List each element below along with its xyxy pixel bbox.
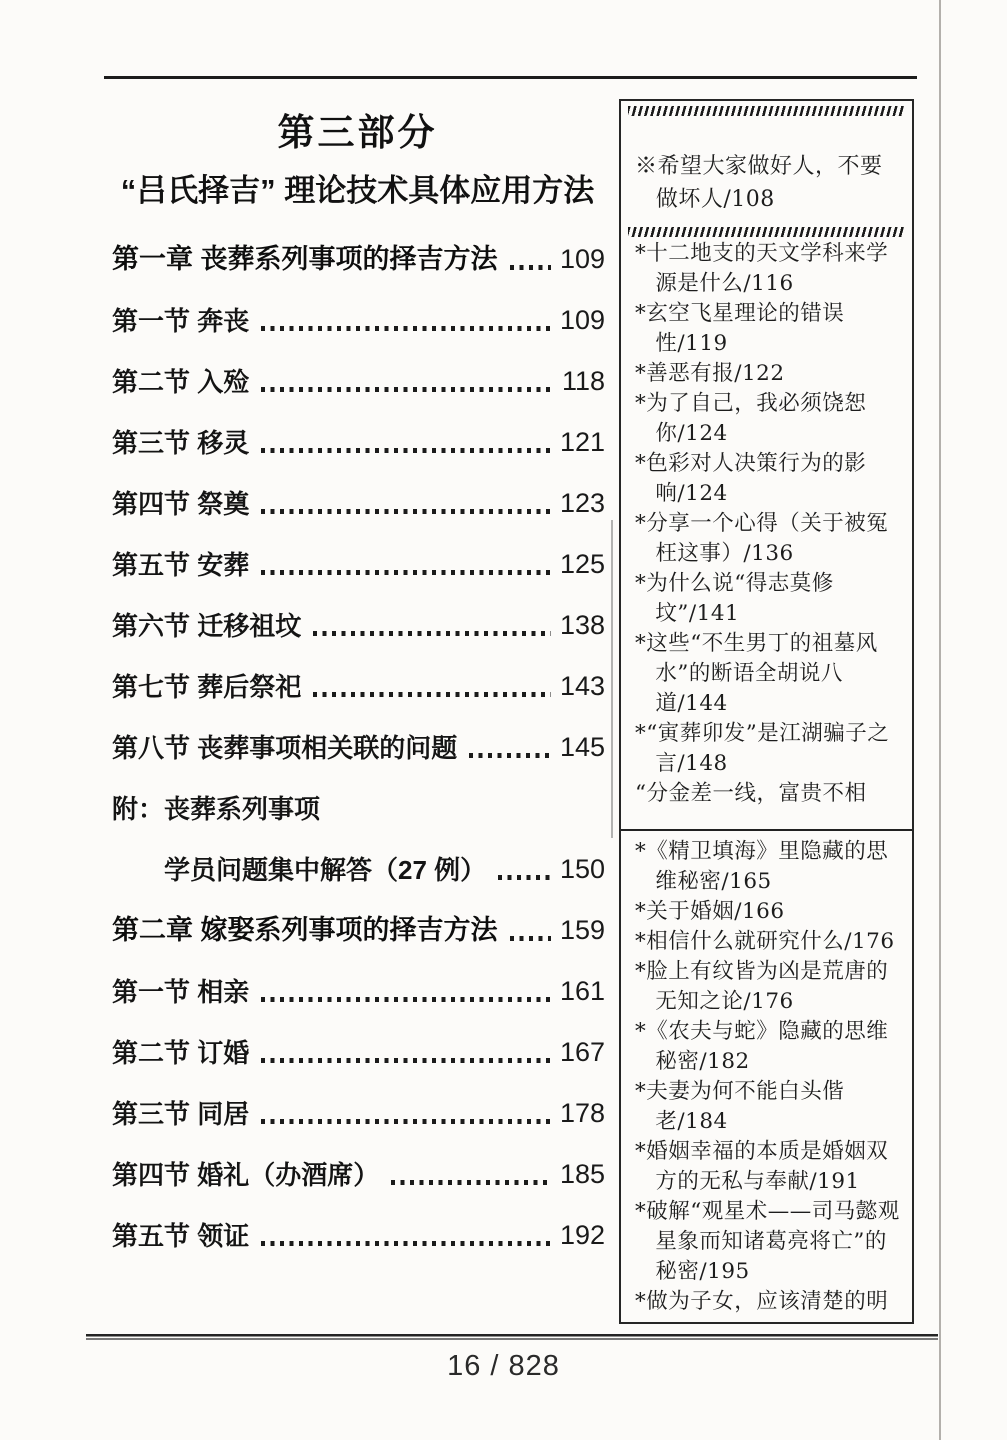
- toc-page-number: 123: [555, 490, 605, 517]
- toc-entry: 第二节 订婚 167: [112, 1036, 605, 1066]
- dot-leader: [510, 936, 551, 941]
- toc-entry-label: 第二章 嫁娶系列事项的择吉方法: [112, 917, 498, 944]
- toc-page-number: 192: [555, 1222, 605, 1249]
- toc-entry: 第一节 相亲 161: [112, 975, 605, 1005]
- dot-leader: [261, 997, 551, 1002]
- book-page: 第三部分 “吕氏择吉” 理论技术具体应用方法 第一章 丧葬系列事项的择吉方法 1…: [0, 0, 1007, 1440]
- note-item: *脸上有纹皆为凶是荒唐的无知之论/176: [635, 957, 904, 1017]
- note-item: *分享一个心得（关于被冤枉这事）/136: [635, 509, 904, 569]
- toc-entry-label: 第八节 丧葬事项相关联的问题: [112, 735, 457, 761]
- toc-entry-label: 第一章 丧葬系列事项的择吉方法: [112, 246, 498, 273]
- toc-entry: 第一章 丧葬系列事项的择吉方法 109: [112, 243, 605, 273]
- toc-page-number: 138: [555, 612, 605, 639]
- table-of-contents: 第一章 丧葬系列事项的择吉方法 109 第一节 奔丧 109 第二节 入殓 11…: [112, 243, 605, 1280]
- toc-entry-label: 第三节 移灵: [112, 430, 249, 456]
- note-item: *关于婚姻/166: [635, 897, 904, 927]
- toc-entry: 附：丧葬系列事项: [112, 792, 605, 822]
- note-item: *善恶有报/122: [635, 359, 904, 389]
- notes-group: *十二地支的天文学科来学源是什么/116 *玄空飞星理论的错误性/119 *善恶…: [635, 239, 904, 809]
- bottom-rule: [86, 1334, 938, 1340]
- note-item: *《精卫填海》里隐藏的思维秘密/165: [635, 837, 904, 897]
- toc-entry-label: 第五节 领证: [112, 1223, 249, 1249]
- toc-entry-label: 第六节 迁移祖坟: [112, 613, 301, 639]
- toc-page-number: 150: [555, 856, 605, 883]
- dot-leader: [510, 265, 551, 270]
- section-divider: [621, 829, 912, 831]
- scan-edge-line: [939, 0, 941, 1440]
- toc-entry: 第五节 安葬 125: [112, 548, 605, 578]
- note-item: *十二地支的天文学科来学源是什么/116: [635, 239, 904, 299]
- toc-page-number: 159: [555, 917, 605, 944]
- toc-page-number: 118: [555, 368, 605, 395]
- top-rule: [104, 76, 917, 79]
- note-item: *“寅葬卯发”是江湖骗子之言/148: [635, 719, 904, 779]
- dot-leader: [313, 631, 551, 636]
- dot-leader: [261, 326, 551, 331]
- toc-entry-label: 附：丧葬系列事项: [112, 796, 320, 822]
- toc-entry-label: 第二节 入殓: [112, 369, 249, 395]
- notes-group: ※希望大家做好人，不要做坏人/108: [635, 150, 904, 216]
- note-item: *这些“不生男丁的祖墓风水”的断语全胡说八道/144: [635, 629, 904, 719]
- note-item: *相信什么就研究什么/176: [635, 927, 904, 957]
- note-item: “分金差一线，富贵不相见”完全是江湖骗术/149: [635, 779, 904, 809]
- dot-leader: [261, 570, 551, 575]
- note-item: *《农夫与蛇》隐藏的思维秘密/182: [635, 1017, 904, 1077]
- toc-page-number: 121: [555, 429, 605, 456]
- note-item: *婚姻幸福的本质是婚姻双方的无私与奉献/191: [635, 1137, 904, 1197]
- toc-page-number: 109: [555, 246, 605, 273]
- toc-page-number: 167: [555, 1039, 605, 1066]
- toc-entry: 第三节 移灵 121: [112, 426, 605, 456]
- toc-entry-label: 学员问题集中解答（27 例）: [164, 857, 486, 883]
- toc-page-number: 178: [555, 1100, 605, 1127]
- page-number-indicator: 16 / 828: [0, 1350, 1007, 1383]
- toc-page-number: 185: [555, 1161, 605, 1188]
- hatch-divider: [628, 106, 905, 116]
- toc-entry: 第五节 领证 192: [112, 1219, 605, 1249]
- toc-entry-label: 第二节 订婚: [112, 1040, 249, 1066]
- toc-entry: 第八节 丧葬事项相关联的问题 145: [112, 731, 605, 761]
- dot-leader: [261, 1058, 551, 1063]
- toc-entry: 第七节 葬后祭祀 143: [112, 670, 605, 700]
- dot-leader: [261, 448, 551, 453]
- dot-leader: [498, 875, 551, 880]
- toc-entry: 第六节 迁移祖坟 138: [112, 609, 605, 639]
- dot-leader: [391, 1180, 551, 1185]
- toc-entry-label: 第一节 相亲: [112, 979, 249, 1005]
- note-item: *破解“观星术——司马懿观星象而知诸葛亮将亡”的秘密/195: [635, 1197, 904, 1287]
- part-subtitle: “吕氏择吉” 理论技术具体应用方法: [95, 165, 620, 210]
- toc-entry-label: 第四节 祭奠: [112, 491, 249, 517]
- note-item: *色彩对人决策行为的影响/124: [635, 449, 904, 509]
- toc-entry-label: 第七节 葬后祭祀: [112, 674, 301, 700]
- toc-entry-label: 第三节 同居: [112, 1101, 249, 1127]
- dot-leader: [261, 387, 551, 392]
- note-item: *做为子女，应该清楚的明白一点/196: [635, 1287, 904, 1313]
- part-title: 第三部分: [105, 102, 610, 156]
- toc-entry: 第二节 入殓 118: [112, 365, 605, 395]
- toc-entry: 第二章 嫁娶系列事项的择吉方法 159: [112, 914, 605, 944]
- toc-entry: 学员问题集中解答（27 例） 150: [112, 853, 605, 883]
- hatch-divider: [628, 227, 905, 237]
- toc-entry-label: 第一节 奔丧: [112, 308, 249, 334]
- dot-leader: [261, 509, 551, 514]
- toc-page-number: 109: [555, 307, 605, 334]
- scan-artifact-line: [611, 520, 613, 838]
- dot-leader: [261, 1241, 551, 1246]
- toc-entry-label: 第五节 安葬: [112, 552, 249, 578]
- toc-page-number: 143: [555, 673, 605, 700]
- toc-page-number: 125: [555, 551, 605, 578]
- dot-leader: [313, 692, 551, 697]
- toc-page-number: 145: [555, 734, 605, 761]
- note-item: *为什么说“得志莫修坟”/141: [635, 569, 904, 629]
- toc-entry: 第四节 婚礼（办酒席） 185: [112, 1158, 605, 1188]
- dot-leader: [261, 1119, 551, 1124]
- margin-notes-box: ※希望大家做好人，不要做坏人/108 *十二地支的天文学科来学源是什么/116 …: [619, 99, 914, 1324]
- notes-group: *《精卫填海》里隐藏的思维秘密/165 *关于婚姻/166 *相信什么就研究什么…: [635, 837, 904, 1313]
- toc-page-number: 161: [555, 978, 605, 1005]
- toc-entry: 第三节 同居 178: [112, 1097, 605, 1127]
- toc-entry: 第四节 祭奠 123: [112, 487, 605, 517]
- note-item: *夫妻为何不能白头偕老/184: [635, 1077, 904, 1137]
- dot-leader: [469, 753, 551, 758]
- toc-entry: 第一节 奔丧 109: [112, 304, 605, 334]
- toc-entry-label: 第四节 婚礼（办酒席）: [112, 1162, 379, 1188]
- note-item: *玄空飞星理论的错误性/119: [635, 299, 904, 359]
- note-item: *为了自己，我必须饶恕你/124: [635, 389, 904, 449]
- note-item: ※希望大家做好人，不要做坏人/108: [635, 150, 904, 216]
